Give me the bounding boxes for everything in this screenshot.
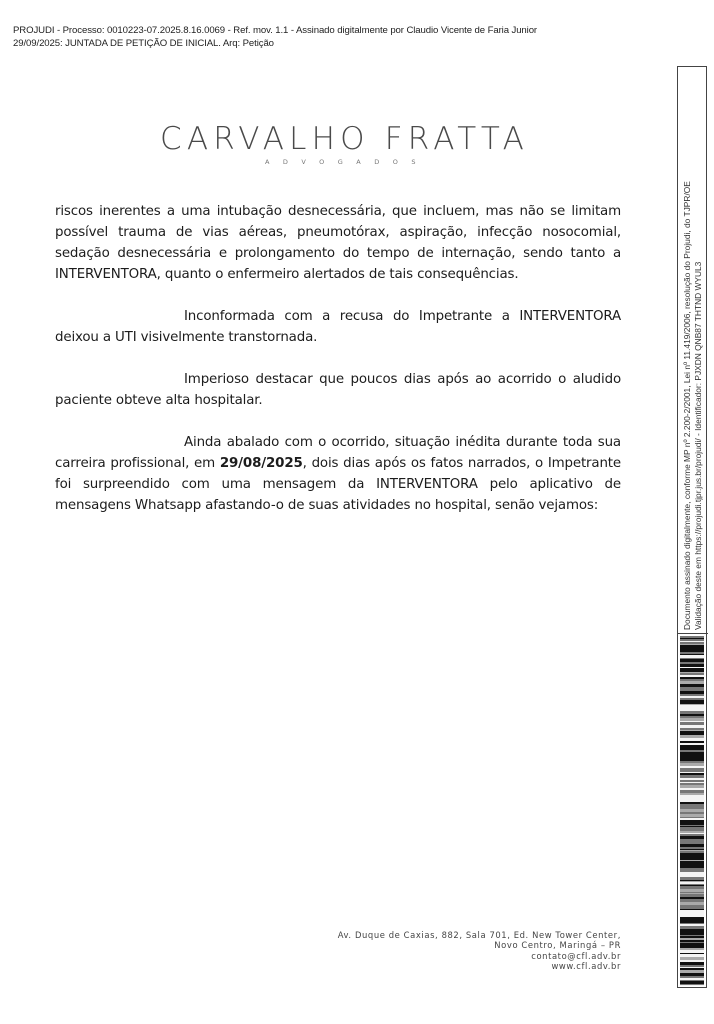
- logo-firm-name: CARVALHO FRATTA: [160, 122, 520, 156]
- highlighted-date: 29/08/2025: [220, 456, 303, 471]
- document-body: riscos inerentes a uma intubação desnece…: [55, 201, 621, 537]
- footer-address-line-2: Novo Centro, Maringá – PR: [338, 940, 621, 950]
- footer-address-line-1: Av. Duque de Caxias, 882, Sala 701, Ed. …: [338, 930, 621, 940]
- law-firm-logo: CARVALHO FRATTA ADVOGADOS: [160, 122, 520, 167]
- signature-validation-text: Documento assinado digitalmente, conform…: [678, 67, 708, 634]
- footer-email: contato@cfl.adv.br: [338, 951, 621, 961]
- paragraph-3: Imperioso destacar que poucos dias após …: [55, 369, 621, 411]
- stamp-signature-line: Documento assinado digitalmente, conform…: [682, 70, 693, 630]
- paragraph-2: Inconformada com a recusa do Impetrante …: [55, 306, 621, 348]
- paragraph-1: riscos inerentes a uma intubação desnece…: [55, 201, 621, 285]
- firm-contact-footer: Av. Duque de Caxias, 882, Sala 701, Ed. …: [338, 930, 621, 972]
- barcode: [680, 636, 704, 985]
- header-process-line: PROJUDI - Processo: 0010223-07.2025.8.16…: [13, 24, 653, 37]
- stamp-validation-line: Validação deste em https://projudi.tjpr.…: [693, 70, 704, 630]
- paragraph-4: Ainda abalado com o ocorrido, situação i…: [55, 432, 621, 516]
- header-filing-line: 29/09/2025: JUNTADA DE PETIÇÃO DE INICIA…: [13, 37, 653, 50]
- document-header: PROJUDI - Processo: 0010223-07.2025.8.16…: [13, 24, 653, 50]
- logo-subtitle: ADVOGADOS: [160, 158, 520, 167]
- footer-website: www.cfl.adv.br: [338, 961, 621, 971]
- digital-signature-stamp: Documento assinado digitalmente, conform…: [677, 66, 707, 988]
